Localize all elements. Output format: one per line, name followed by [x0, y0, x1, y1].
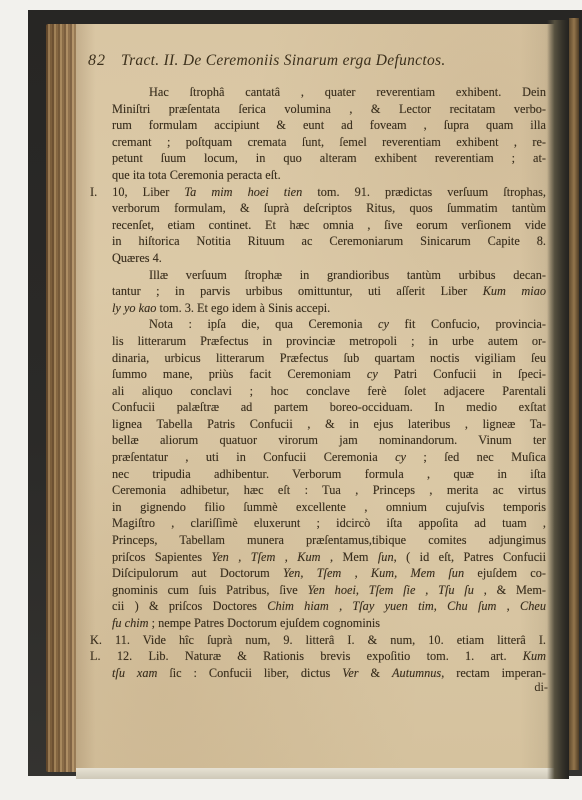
- text-line: in hiſtorica Notitia Rituum ac Ceremonia…: [112, 233, 546, 250]
- text-line: Nota : ipſa die, qua Ceremonia cy fit Co…: [112, 316, 546, 333]
- scan-margin-left: [0, 0, 28, 800]
- text-line: cremant ; poſtquam cremata ſunt, ſemel r…: [112, 134, 546, 151]
- text-line: Hac ſtrophâ cantatâ , quater reverentiam…: [112, 84, 546, 101]
- text-line: K. 11. Vide hîc ſuprà num, 9. litterâ I.…: [90, 632, 546, 649]
- text-line: verborum formulam, & ſuprà deſcriptos Ri…: [112, 200, 546, 217]
- text-block: Illæ verſuum ſtrophæ in grandioribus tan…: [112, 267, 546, 317]
- spine-strip: [569, 18, 579, 770]
- book-page-edges: [46, 24, 77, 772]
- text-line: Illæ verſuum ſtrophæ in grandioribus tan…: [112, 267, 546, 284]
- text-block: I. 10, Liber Ta mim hoei tien tom. 91. p…: [112, 184, 546, 267]
- text-line: rum formulam accipiunt & eunt ad foveam …: [112, 117, 546, 134]
- text-line: dinaria, urbicus litterarum Præfectus ſu…: [112, 350, 546, 367]
- text-line: lignea Tabella Patris Confucii , & in ej…: [112, 416, 546, 433]
- running-title: Tract. II. De Ceremoniis Sinarum erga De…: [121, 52, 446, 69]
- text-line: L. 12. Lib. Naturæ & Rationis brevis exp…: [90, 648, 546, 665]
- text-line: bellæ aliorum quatuor virorum jam nomina…: [112, 432, 546, 449]
- text-line: tſu xam ſic : Confucii liber, dictus Ver…: [112, 665, 546, 682]
- text-line: Quæres 4.: [112, 250, 546, 267]
- text-line: Confucii palæſtræ ad partem boreo-occidu…: [112, 399, 546, 416]
- text-line: lis litterarum Præfectus in provinciæ me…: [112, 333, 546, 350]
- text-line: Diſcipulorum aut Doctorum Yen, Tſem , Ku…: [112, 565, 546, 582]
- text-line: priſcos Sapientes Yen , Tſem , Kum , Mem…: [112, 549, 546, 566]
- text-line: gnominis cum ſuis Patribus, ſive Yen hoe…: [112, 582, 546, 599]
- text-line: ali aliquo conclavi ; hoc conclave ferè …: [112, 383, 546, 400]
- page-bottom-edge: [76, 768, 564, 779]
- text-line: nec tripudia adhibentur. Verborum formul…: [112, 466, 546, 483]
- text-body: Hac ſtrophâ cantatâ , quater reverentiam…: [112, 84, 546, 681]
- gutter-shadow: [547, 20, 569, 790]
- text-line: cii ) & priſcos Doctores Chim hiam , Tſa…: [112, 598, 546, 615]
- scan-margin-bottom: [0, 779, 582, 800]
- text-line: fu chim ; nempe Patres Doctorum ejuſdem …: [112, 615, 546, 632]
- text-line: tantur ; in parvis urbibus omittuntur, u…: [112, 283, 546, 300]
- text-line: Magiſtro , clariſſimè eluxerunt ; idcirc…: [112, 515, 546, 532]
- text-line: I. 10, Liber Ta mim hoei tien tom. 91. p…: [90, 184, 546, 201]
- text-block: K. 11. Vide hîc ſuprà num, 9. litterâ I.…: [112, 632, 546, 649]
- text-line: petunt ſuum locum, in quo alteram exhibe…: [112, 150, 546, 167]
- book-page: 82Tract. II. De Ceremoniis Sinarum erga …: [76, 24, 564, 768]
- text-block: L. 12. Lib. Naturæ & Rationis brevis exp…: [112, 648, 546, 681]
- page-number: 82: [88, 52, 106, 69]
- text-line: Miniſtri præſentata ſerica volumina , & …: [112, 101, 546, 118]
- text-line: in gignendo filio ſummè excellente , omn…: [112, 499, 546, 516]
- text-line: ſummo mane, priùs facit Ceremoniam cy Pa…: [112, 366, 546, 383]
- text-line: præſentatur , uti in Confucii Ceremonia …: [112, 449, 546, 466]
- text-line: Princeps, Tabellam munera præſentamus,ti…: [112, 532, 546, 549]
- catchword: di-: [534, 680, 548, 695]
- text-line: recenſet, etiam continet. Et hæc omnia ,…: [112, 217, 546, 234]
- page-header: 82Tract. II. De Ceremoniis Sinarum erga …: [88, 52, 528, 70]
- text-line: que ita tota Ceremonia peracta eſt.: [112, 167, 546, 184]
- text-line: ly yo kao tom. 3. Et ego idem à Sinis ac…: [112, 300, 546, 317]
- text-block: Nota : ipſa die, qua Ceremonia cy fit Co…: [112, 316, 546, 631]
- text-line: Ceremonia adhibetur, hæc eſt : Tua , Pri…: [112, 482, 546, 499]
- text-block: Hac ſtrophâ cantatâ , quater reverentiam…: [112, 84, 546, 184]
